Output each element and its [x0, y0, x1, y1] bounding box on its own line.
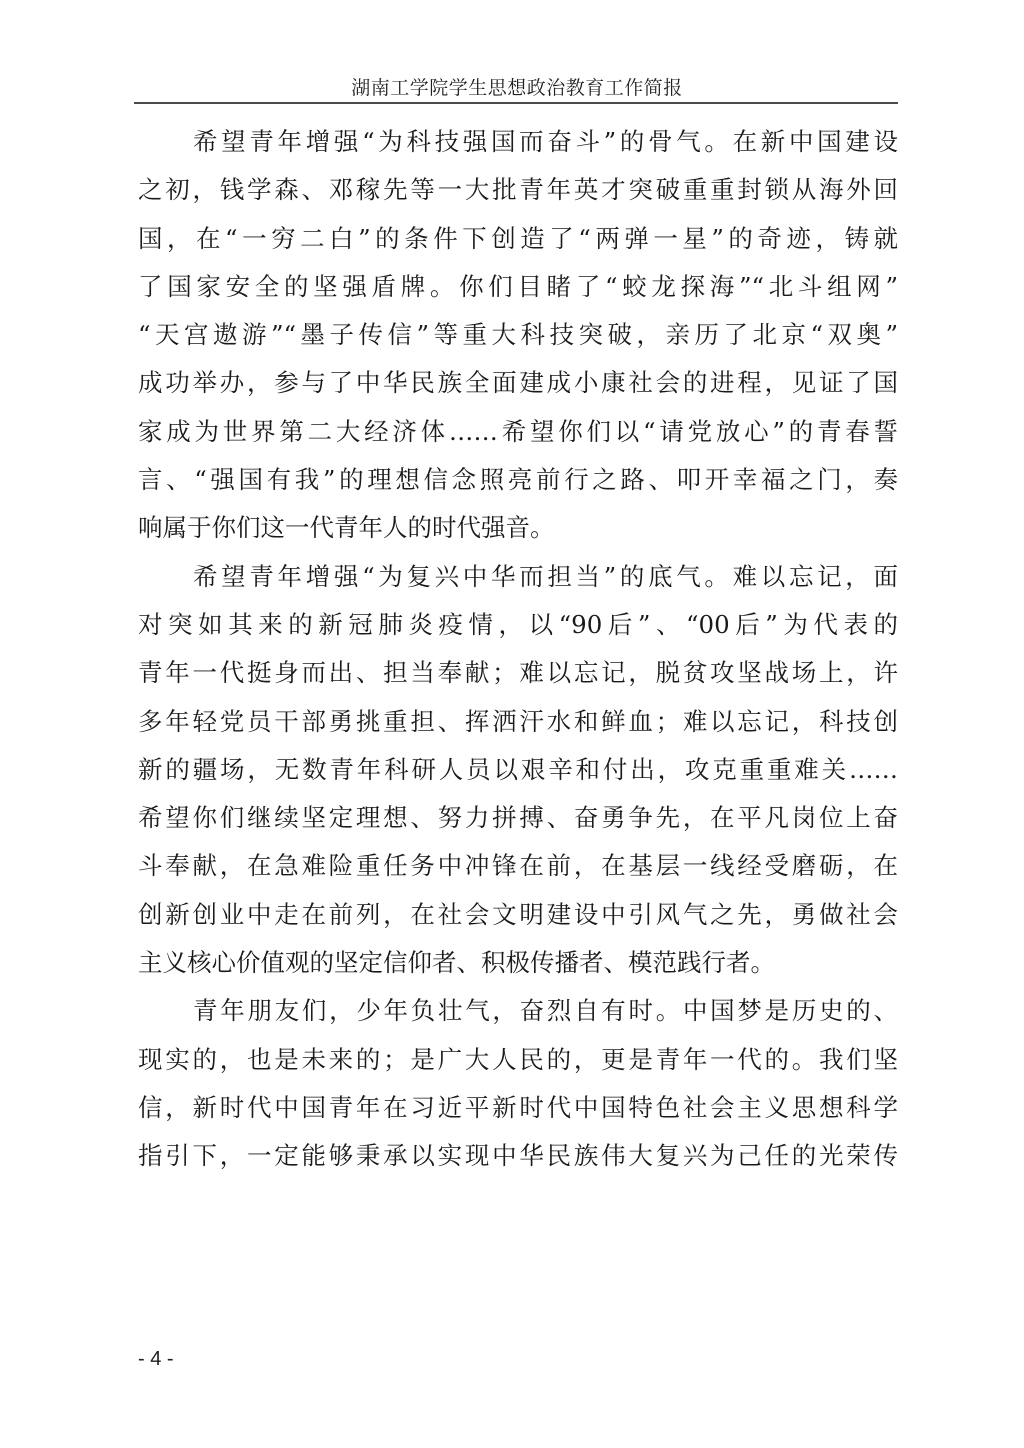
paragraph-line: 言、“强国有我”的理想信念照亮前行之路、叩开幸福之门，奏 [138, 456, 898, 504]
paragraph-line: 对突如其来的新冠肺炎疫情，以“90后”、“00后”为代表的 [138, 601, 898, 649]
paragraph-line: 青年一代挺身而出、担当奉献；难以忘记，脱贫攻坚战场上，许 [138, 649, 898, 697]
paragraph-line: 新的疆场，无数青年科研人员以艰辛和付出，攻克重重难关…… [138, 746, 898, 794]
paragraph-line: 青年朋友们，少年负壮气，奋烈自有时。中国梦是历史的、 [138, 987, 898, 1035]
header-divider [134, 102, 898, 104]
paragraph-line: 创新创业中走在前列，在社会文明建设中引风气之先，勇做社会 [138, 891, 898, 939]
page-number: - 4 - [138, 1348, 174, 1371]
paragraph-line: 指引下，一定能够秉承以实现中华民族伟大复兴为己任的光荣传 [138, 1132, 898, 1180]
paragraph-line: 之初，钱学森、邓稼先等一大批青年英才突破重重封锁从海外回 [138, 166, 898, 214]
page-header: 湖南工学院学生思想政治教育工作简报 [137, 72, 897, 104]
paragraph-line: 响属于你们这一代青年人的时代强音。 [138, 504, 898, 552]
paragraph-line: 希望青年增强“为科技强国而奋斗”的骨气。在新中国建设 [138, 118, 898, 166]
paragraph-line: 希望你们继续坚定理想、努力拼搏、奋勇争先，在平凡岗位上奋 [138, 794, 898, 842]
paragraph-line: 现实的，也是未来的；是广大人民的，更是青年一代的。我们坚 [138, 1036, 898, 1084]
newsletter-title: 湖南工学院学生思想政治教育工作简报 [351, 77, 683, 99]
paragraph-line: 斗奉献，在急难险重任务中冲锋在前，在基层一线经受磨砺，在 [138, 842, 898, 890]
paragraph-line: 主义核心价值观的坚定信仰者、积极传播者、模范践行者。 [138, 939, 898, 987]
paragraph-line: “天宫遨游”“墨子传信”等重大科技突破，亲历了北京“双奥” [138, 311, 898, 359]
paragraph-line: 国，在“一穷二白”的条件下创造了“两弹一星”的奇迹，铸就 [138, 215, 898, 263]
paragraph-line: 家成为世界第二大经济体……希望你们以“请党放心”的青春誓 [138, 408, 898, 456]
paragraph-line: 信，新时代中国青年在习近平新时代中国特色社会主义思想科学 [138, 1084, 898, 1132]
paragraph-line: 希望青年增强“为复兴中华而担当”的底气。难以忘记，面 [138, 553, 898, 601]
paragraph-line: 了国家安全的坚强盾牌。你们目睹了“蛟龙探海”“北斗组网” [138, 263, 898, 311]
paragraph-line: 成功举办，参与了中华民族全面建成小康社会的进程，见证了国 [138, 359, 898, 407]
article-body: 希望青年增强“为科技强国而奋斗”的骨气。在新中国建设 之初，钱学森、邓稼先等一大… [138, 118, 898, 1181]
paragraph-line: 多年轻党员干部勇挑重担、挥洒汗水和鲜血；难以忘记，科技创 [138, 698, 898, 746]
